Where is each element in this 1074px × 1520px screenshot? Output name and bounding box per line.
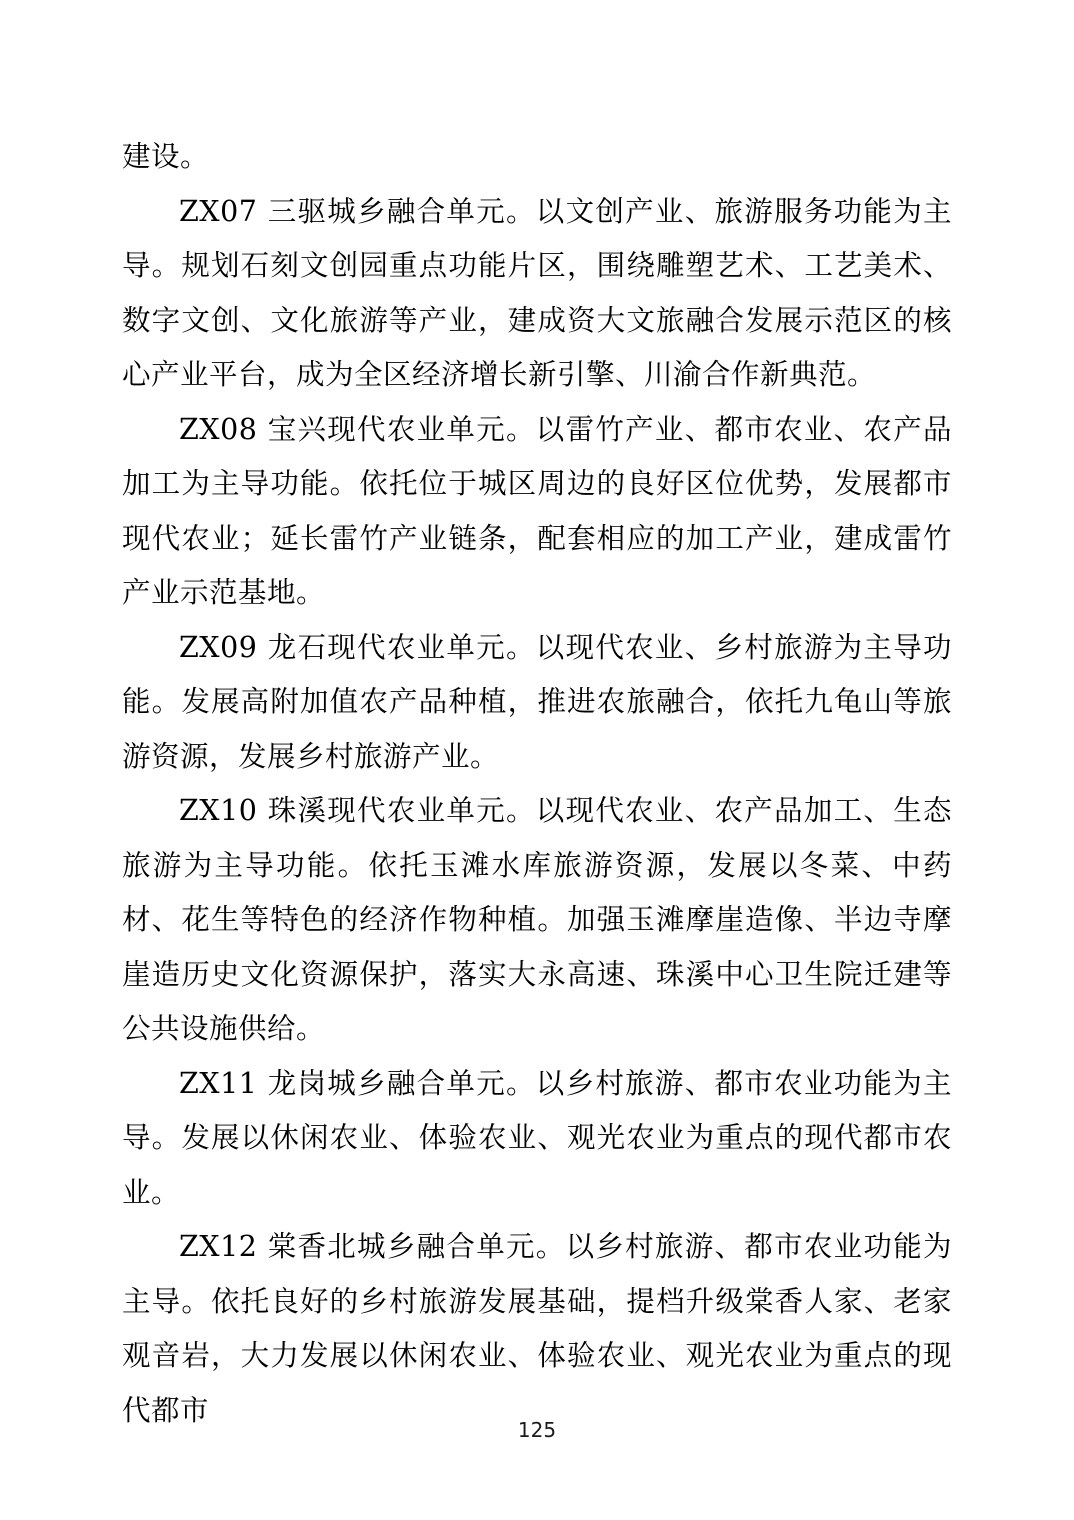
- page-footer: 125: [0, 1418, 1074, 1442]
- paragraph-zx08: ZX08 宝兴现代农业单元。以雷竹产业、都市农业、农产品加工为主导功能。依托位于…: [122, 403, 952, 621]
- paragraph-zx07: ZX07 三驱城乡融合单元。以文创产业、旅游服务功能为主导。规划石刻文创园重点功…: [122, 185, 952, 403]
- page-number: 125: [518, 1418, 556, 1442]
- paragraph-zx12: ZX12 棠香北城乡融合单元。以乡村旅游、都市农业功能为主导。依托良好的乡村旅游…: [122, 1220, 952, 1438]
- paragraph-zx09: ZX09 龙石现代农业单元。以现代农业、乡村旅游为主导功能。发展高附加值农产品种…: [122, 621, 952, 785]
- page-body-text: 建设。 ZX07 三驱城乡融合单元。以文创产业、旅游服务功能为主导。规划石刻文创…: [122, 130, 952, 1438]
- paragraph-continuation: 建设。: [122, 130, 952, 185]
- document-page: 建设。 ZX07 三驱城乡融合单元。以文创产业、旅游服务功能为主导。规划石刻文创…: [0, 0, 1074, 1520]
- paragraph-zx11: ZX11 龙岗城乡融合单元。以乡村旅游、都市农业功能为主导。发展以休闲农业、体验…: [122, 1057, 952, 1221]
- paragraph-zx10: ZX10 珠溪现代农业单元。以现代农业、农产品加工、生态旅游为主导功能。依托玉滩…: [122, 784, 952, 1057]
